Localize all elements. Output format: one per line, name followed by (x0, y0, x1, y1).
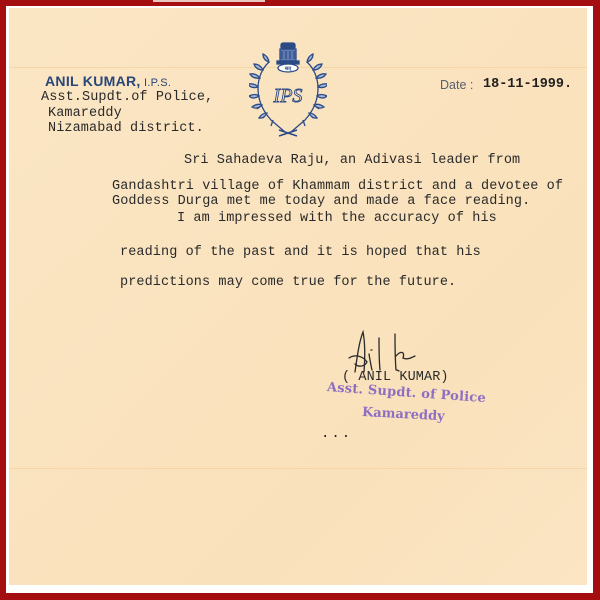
district: Nizamabad district. (48, 121, 204, 136)
body-line: reading of the past and it is hoped that… (120, 245, 481, 260)
body-line: Sri Sahadeva Raju, an Adivasi leader fro… (184, 153, 520, 168)
body-line: Goddess Durga met me today and made a fa… (112, 194, 530, 209)
date-label: Date : (440, 78, 473, 92)
ips-emblem-icon: सत् IPS (249, 40, 327, 140)
fold-line (9, 468, 587, 469)
letter-paper: ANIL KUMAR, I.P.S. Asst.Supdt.of Police,… (9, 8, 587, 585)
officer-service: I.P.S. (141, 77, 172, 89)
frame-tab (153, 0, 265, 2)
ellipsis-mark: ... (321, 426, 352, 442)
date-value: 18-11-1999. (483, 77, 572, 92)
svg-text:सत्: सत् (284, 66, 292, 72)
letterhead-name: ANIL KUMAR, I.P.S. (45, 73, 171, 89)
body-line: Gandashtri village of Khammam district a… (112, 179, 563, 194)
body-line: I am impressed with the accuracy of his (177, 211, 497, 226)
office-stamp-place: Kamareddy (362, 405, 445, 424)
place: Kamareddy (48, 106, 122, 121)
svg-text:IPS: IPS (273, 85, 303, 107)
designation: Asst.Supdt.of Police, (41, 90, 213, 105)
body-line: predictions may come true for the future… (120, 275, 456, 290)
officer-name: ANIL KUMAR, (45, 73, 141, 89)
